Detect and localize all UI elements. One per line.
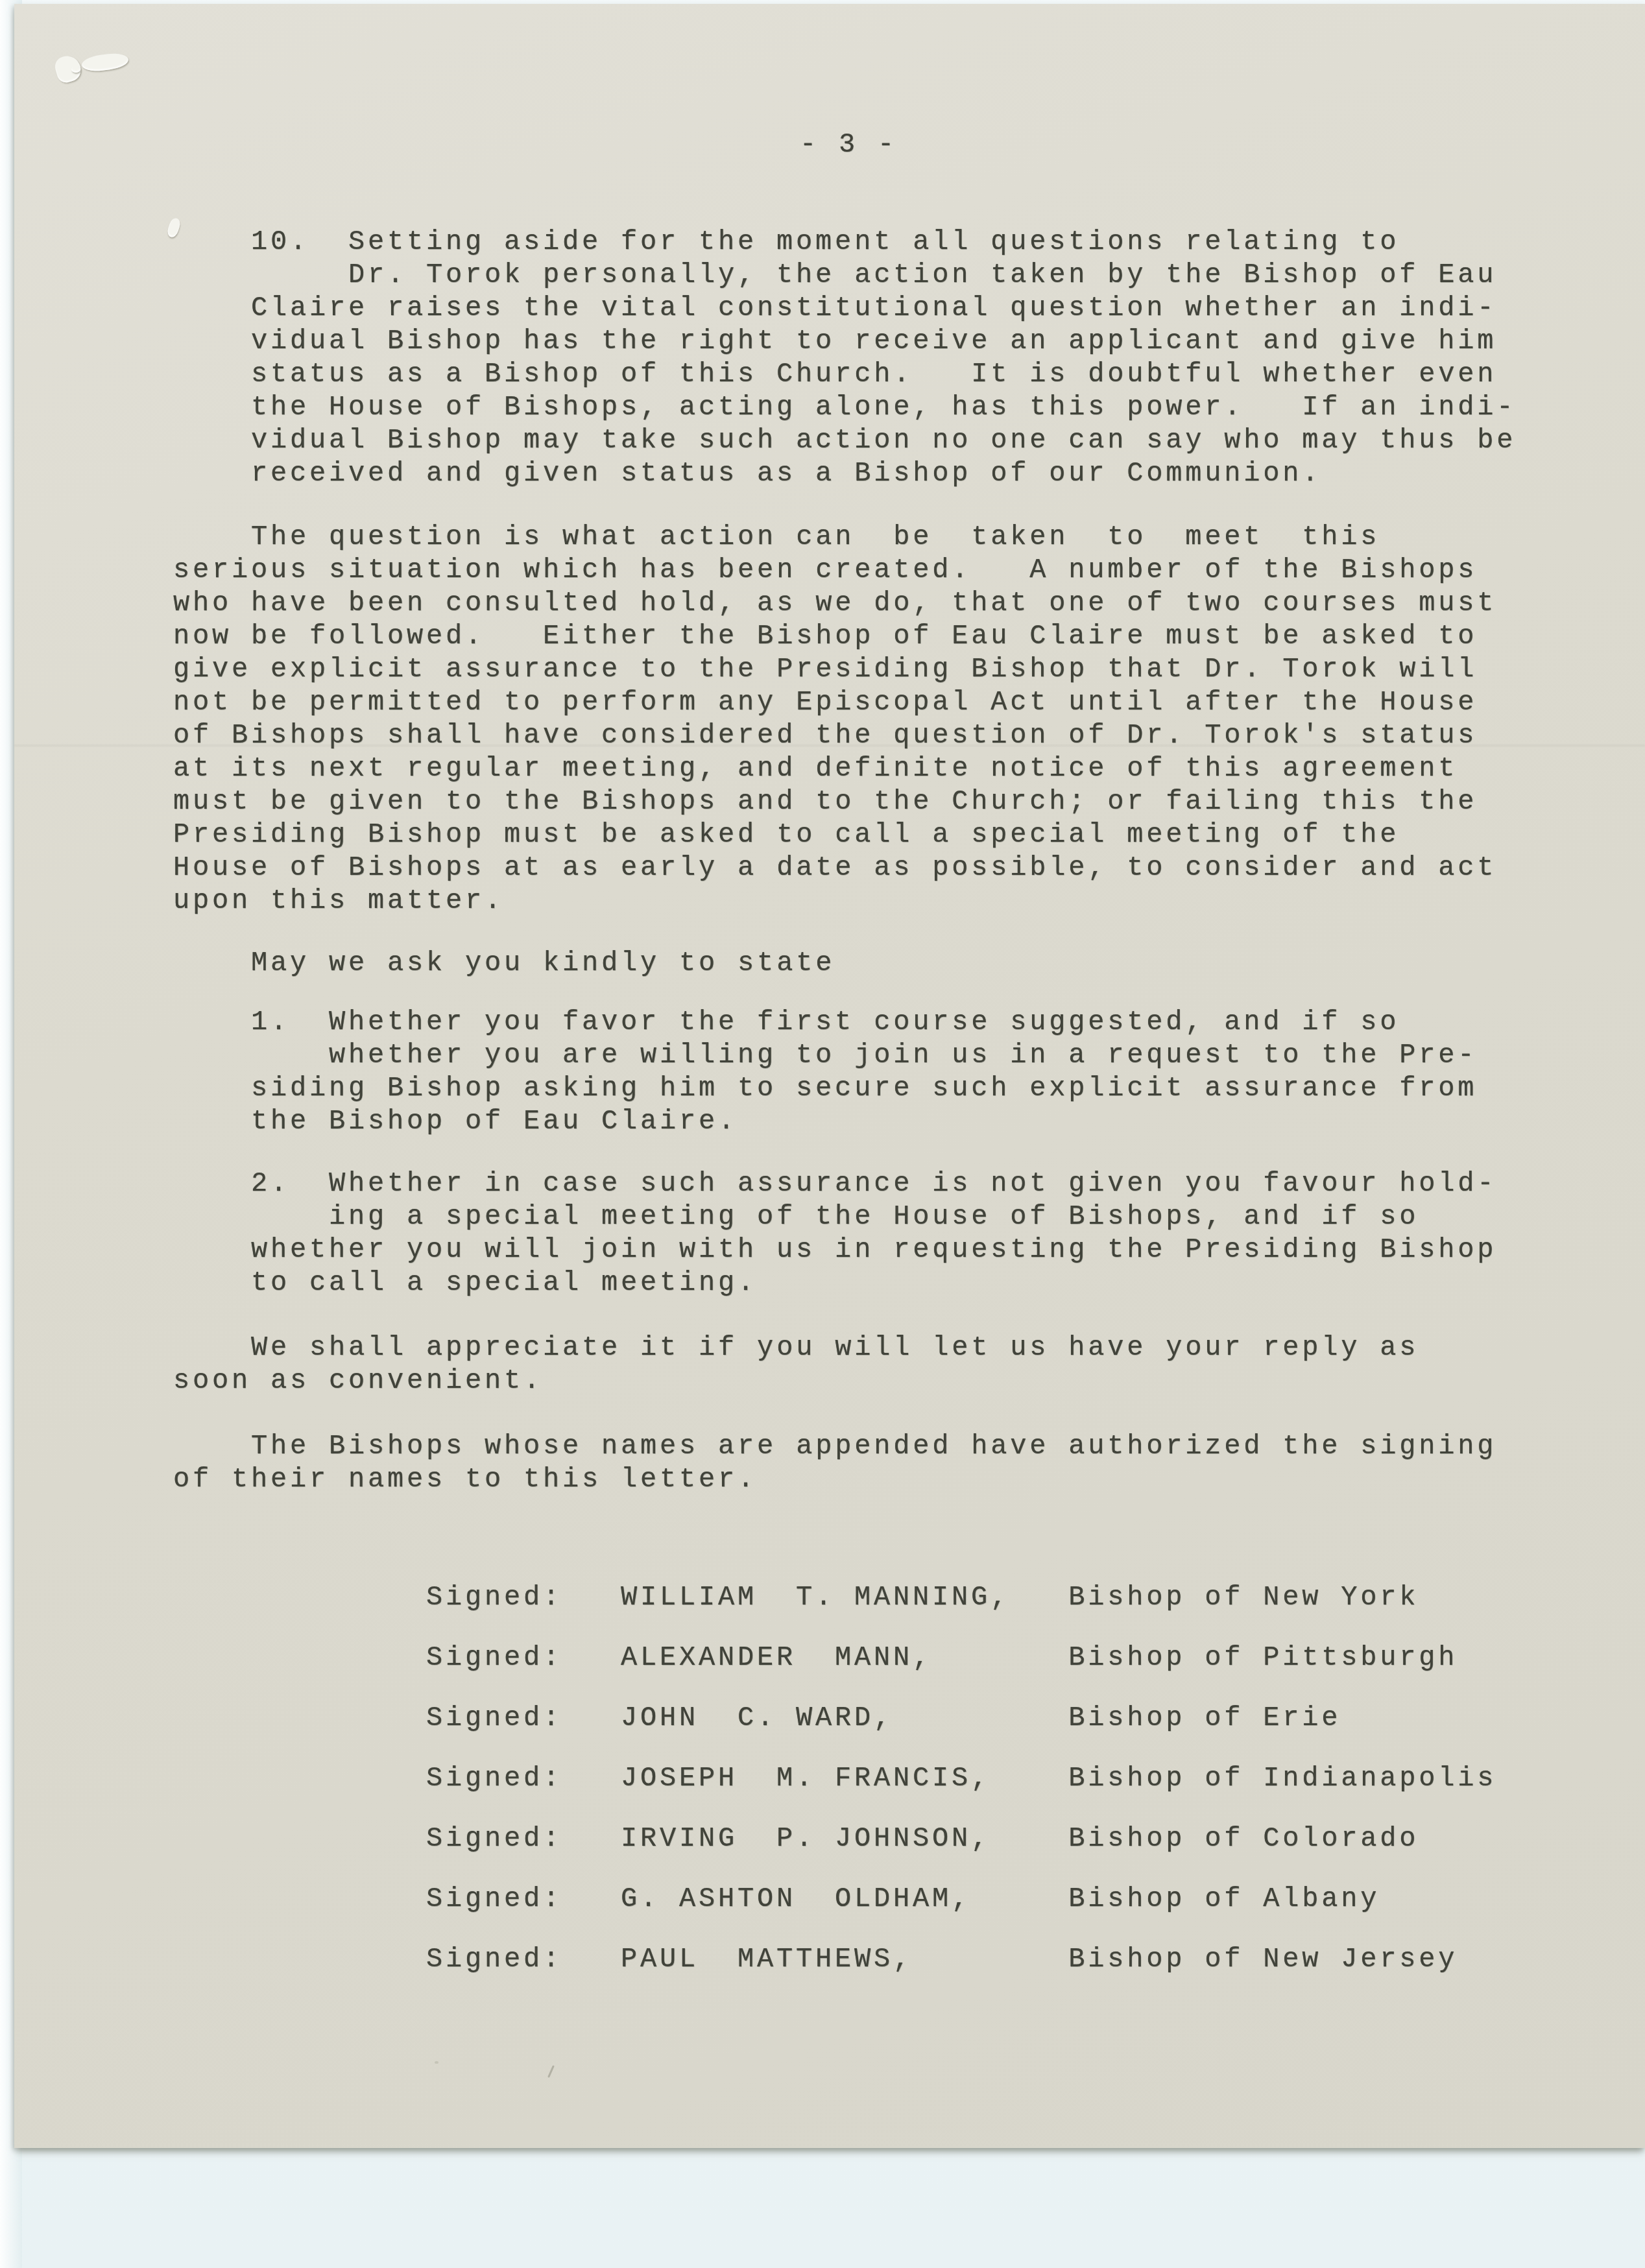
signature-row: Signed: JOSEPH M. FRANCIS, Bishop of Ind… bbox=[426, 1762, 1496, 1795]
paragraph-question-line: Presiding Bishop must be asked to call a… bbox=[173, 818, 1399, 852]
paragraph-10-line: the House of Bishops, acting alone, has … bbox=[251, 391, 1516, 424]
paragraph-question-line: serious situation which has been created… bbox=[173, 554, 1477, 587]
paragraph-question-line: now be followed. Either the Bishop of Ea… bbox=[173, 620, 1477, 653]
signature-row: Signed: ALEXANDER MANN, Bishop of Pittsb… bbox=[426, 1641, 1458, 1675]
paragraph-question-line: at its next regular meeting, and definit… bbox=[173, 752, 1458, 785]
signature-row: Signed: JOHN C. WARD, Bishop of Erie bbox=[426, 1702, 1341, 1735]
paragraph-10-line: vidual Bishop may take such action no on… bbox=[251, 424, 1516, 457]
paragraph-question-line: House of Bishops at as early a date as p… bbox=[173, 852, 1496, 885]
paragraph-10-line: status as a Bishop of this Church. It is… bbox=[251, 358, 1496, 391]
list-item-1-line: whether you are willing to join us in a … bbox=[251, 1039, 1477, 1072]
list-item-2-line: 2. Whether in case such assurance is not… bbox=[251, 1167, 1496, 1200]
paragraph-10-line: vidual Bishop has the right to receive a… bbox=[251, 325, 1496, 358]
paragraph-may-we-line: May we ask you kindly to state bbox=[173, 947, 835, 980]
paragraph-10-line: Claire raises the vital constitutional q… bbox=[251, 292, 1496, 325]
list-item-1-line: siding Bishop asking him to secure such … bbox=[251, 1072, 1477, 1105]
paragraph-question-line: who have been consulted hold, as we do, … bbox=[173, 587, 1496, 620]
signature-row: Signed: PAUL MATTHEWS, Bishop of New Jer… bbox=[426, 1943, 1458, 1976]
signature-row: Signed: WILLIAM T. MANNING, Bishop of Ne… bbox=[426, 1581, 1419, 1614]
signature-row: Signed: IRVING P. JOHNSON, Bishop of Col… bbox=[426, 1822, 1419, 1856]
paragraph-10-line: 10. Setting aside for the moment all que… bbox=[251, 226, 1399, 259]
page-number-line: - 3 - bbox=[800, 128, 897, 161]
paper-nick bbox=[166, 217, 182, 238]
paper-tear bbox=[71, 66, 80, 73]
paragraph-10-line: received and given status as a Bishop of… bbox=[251, 457, 1321, 490]
paper-tear bbox=[81, 52, 129, 73]
paragraph-authorized-line: The Bishops whose names are appended hav… bbox=[173, 1430, 1496, 1463]
paragraph-reply-line: soon as convenient. bbox=[173, 1365, 543, 1398]
scanned-letter-page: - 3 -10. Setting aside for the moment al… bbox=[0, 0, 1645, 2268]
paragraph-question-line: not be permitted to perform any Episcopa… bbox=[173, 686, 1477, 719]
ink-speck bbox=[435, 2061, 438, 2064]
paragraph-question-line: must be given to the Bishops and to the … bbox=[173, 785, 1477, 818]
paragraph-question-line: upon this matter. bbox=[173, 885, 504, 918]
list-item-2-line: whether you will join with us in request… bbox=[251, 1234, 1496, 1267]
list-item-2-line: to call a special meeting. bbox=[251, 1267, 757, 1300]
paragraph-reply-line: We shall appreciate it if you will let u… bbox=[173, 1331, 1419, 1365]
paragraph-10-line: Dr. Torok personally, the action taken b… bbox=[251, 259, 1496, 292]
paragraph-question-line: give explicit assurance to the Presiding… bbox=[173, 653, 1477, 686]
paragraph-question-line: The question is what action can be taken… bbox=[173, 521, 1380, 554]
paragraph-question-line: of Bishops shall have considered the que… bbox=[173, 719, 1477, 752]
list-item-2-line: ing a special meeting of the House of Bi… bbox=[251, 1200, 1419, 1234]
list-item-1-line: the Bishop of Eau Claire. bbox=[251, 1105, 738, 1138]
signature-row: Signed: G. ASHTON OLDHAM, Bishop of Alba… bbox=[426, 1883, 1380, 1916]
list-item-1-line: 1. Whether you favor the first course su… bbox=[251, 1006, 1399, 1039]
paragraph-authorized-line: of their names to this letter. bbox=[173, 1463, 757, 1496]
letter-paper: - 3 -10. Setting aside for the moment al… bbox=[14, 4, 1645, 2148]
ink-speck bbox=[547, 2065, 555, 2077]
